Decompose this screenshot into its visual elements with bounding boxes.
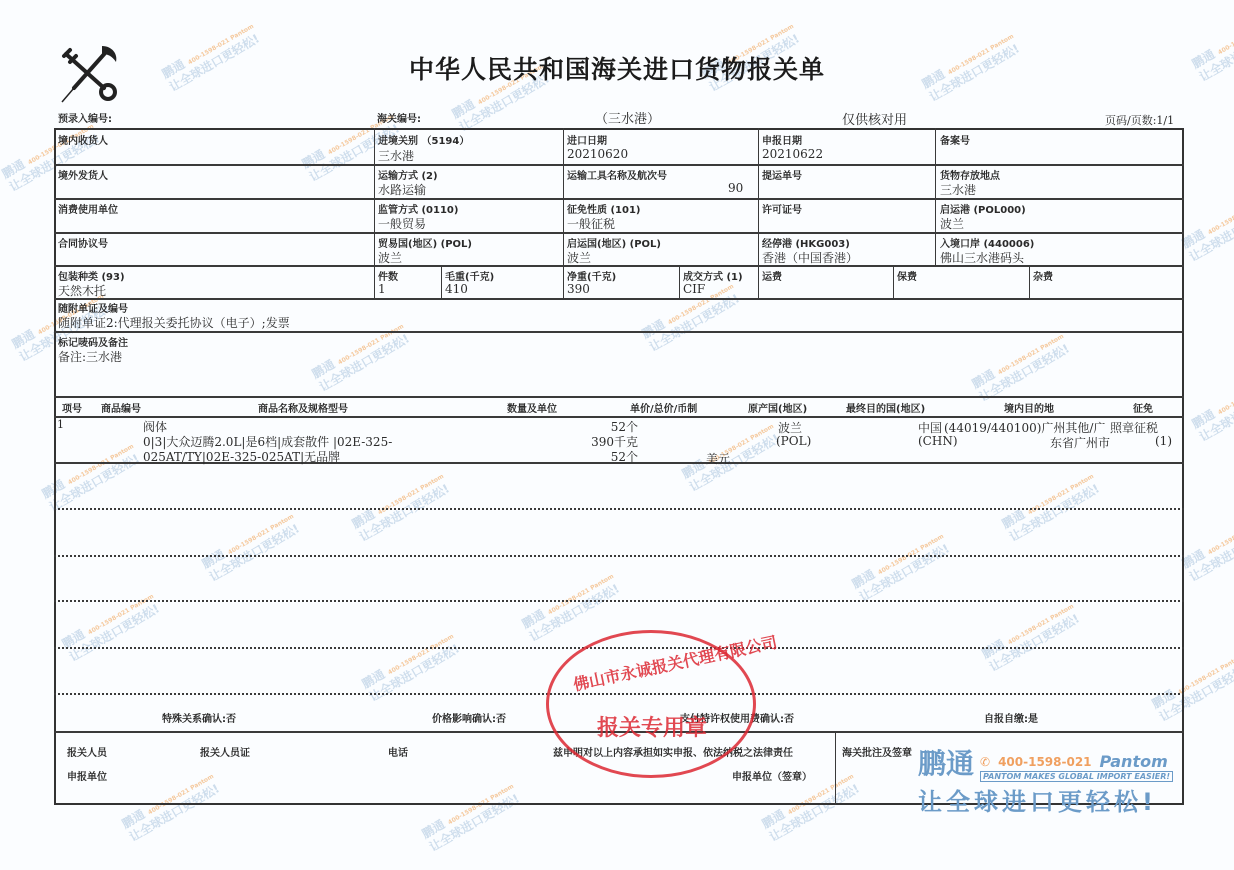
levy-nature-value: 一般征税	[567, 215, 615, 232]
brand-slogan: 让全球进口更轻松!	[918, 782, 1173, 817]
self-report-confirm: 自报自缴:是	[984, 710, 1038, 725]
col-header-qty-unit: 数量及单位	[507, 400, 557, 415]
license-no-label: 许可证号	[762, 201, 802, 216]
deal-mode-label: 成交方式 (1)	[683, 268, 743, 283]
entry-port-label: 入境口岸 (440006)	[940, 235, 1034, 250]
item-origin-code: (POL)	[776, 434, 811, 448]
storage-place-label: 货物存放地点	[940, 167, 1000, 182]
item-domestic-dest-2: 东省广州市	[1050, 434, 1110, 451]
vessel-value: 90	[728, 181, 743, 195]
origin-country-value: 波兰	[567, 249, 591, 266]
page-info: 页码/页数:1/1	[1105, 112, 1174, 128]
company-seal-stamp: 佛山市永诚报关代理有限公司 报关专用章	[546, 630, 756, 778]
item-levy-mode: 照章征税	[1110, 419, 1158, 436]
brand-tagline: PANTOM MAKES GLOBAL IMPORT EASIER!	[980, 771, 1173, 782]
brand-en: Pantom	[1100, 752, 1168, 771]
bill-no-label: 提运单号	[762, 167, 802, 182]
marks-label: 标记唛码及备注	[58, 334, 128, 349]
package-type-value: 天然木托	[58, 282, 106, 299]
item-qty-3: 52个	[550, 448, 638, 465]
document-title: 中华人民共和国海关进口货物报关单	[0, 50, 1234, 86]
price-impact-confirm: 价格影响确认:否	[432, 710, 506, 725]
special-relation-confirm: 特殊关系确认:否	[162, 710, 236, 725]
col-header-goods-name: 商品名称及规格型号	[258, 400, 348, 415]
col-header-price: 单价/总价/币制	[630, 400, 697, 415]
origin-country-label: 启运国(地区) (POL)	[567, 235, 661, 250]
net-weight-value: 390	[567, 282, 590, 296]
watermark-text: 鹏通 400-1598-021 Pantom让全球进口更轻松!	[1180, 189, 1234, 265]
departure-port-value: 波兰	[940, 215, 964, 232]
deal-mode-value: CIF	[683, 282, 705, 296]
record-no-label: 备案号	[940, 132, 970, 147]
storage-place-value: 三水港	[940, 181, 976, 198]
net-weight-label: 净重(千克)	[567, 268, 616, 283]
transport-mode-label: 运输方式 (2)	[378, 167, 438, 182]
marks-value: 备注:三水港	[58, 348, 122, 365]
declare-date-label: 申报日期	[762, 132, 802, 147]
supervision-mode-value: 一般贸易	[378, 215, 426, 232]
pre-entry-no-label: 预录入编号:	[58, 110, 112, 125]
declarant-label: 报关人员	[67, 744, 107, 759]
import-date-label: 进口日期	[567, 132, 607, 147]
pieces-value: 1	[378, 282, 386, 296]
item-dest-country-code: (CHN)	[918, 434, 958, 448]
col-header-levy: 征免	[1133, 400, 1153, 415]
attached-docs-label: 随附单证及编号	[58, 300, 128, 315]
entry-customs-value: 三水港	[378, 147, 414, 164]
entry-port-value: 佛山三水港码头	[940, 249, 1024, 266]
item-no: 1	[57, 418, 64, 431]
declare-unit-label: 申报单位	[67, 768, 107, 783]
freight-label: 运费	[762, 268, 782, 283]
unit-seal-label: 申报单位（签章）	[732, 768, 812, 783]
vessel-label: 运输工具名称及航次号	[567, 167, 667, 182]
declare-date-value: 20210622	[762, 147, 823, 161]
trade-country-value: 波兰	[378, 249, 402, 266]
col-header-origin: 原产国(地区)	[748, 400, 807, 415]
customs-note-label: 海关批注及签章	[842, 744, 912, 759]
levy-nature-label: 征免性质 (101)	[567, 201, 641, 216]
departure-port-label: 启运港 (POL000)	[940, 201, 1026, 216]
import-date-value: 20210620	[567, 147, 628, 161]
gross-weight-label: 毛重(千克)	[445, 268, 494, 283]
customs-office: （三水港）	[595, 108, 660, 127]
stamp-center-text: 报关专用章	[597, 711, 707, 742]
brand-phone: 400-1598-021	[998, 755, 1091, 769]
brand-cn: 鹏通	[918, 742, 974, 782]
misc-fee-label: 杂费	[1033, 268, 1053, 283]
pantom-brand-watermark: 鹏通 ✆ 400-1598-021 Pantom PANTOM MAKES GL…	[918, 742, 1173, 817]
declarant-cert-label: 报关人员证	[200, 744, 250, 759]
consignee-label: 境内收货人	[58, 132, 108, 147]
gross-weight-value: 410	[445, 282, 468, 296]
customs-no-label: 海关编号:	[377, 110, 421, 125]
item-currency: 美元	[706, 450, 730, 467]
contract-no-label: 合同协议号	[58, 235, 108, 250]
entry-customs-label: 进境关别 （5194）	[378, 132, 469, 147]
transit-port-label: 经停港 (HKG003)	[762, 235, 850, 250]
watermark-text: 鹏通 400-1598-021 Pantom让全球进口更轻松!	[1190, 369, 1234, 445]
insurance-label: 保费	[897, 268, 917, 283]
col-header-dest-country: 最终目的国(地区)	[846, 400, 925, 415]
transport-mode-value: 水路运输	[378, 181, 426, 198]
usage-note: 仅供核对用	[842, 109, 907, 128]
col-header-domestic-dest: 境内目的地	[1004, 400, 1054, 415]
phone-icon: ✆	[980, 755, 990, 769]
col-header-goods-code: 商品编号	[101, 400, 141, 415]
pieces-label: 件数	[378, 268, 398, 283]
col-header-item-no: 项号	[62, 400, 82, 415]
item-name-line-3: 025AT/TY|02E-325-025AT|无品牌	[143, 448, 340, 465]
item-levy-code: (1)	[1155, 434, 1172, 448]
package-type-label: 包装种类 (93)	[58, 268, 125, 283]
consignor-label: 境外发货人	[58, 167, 108, 182]
watermark-text: 鹏通 400-1598-021 Pantom让全球进口更轻松!	[1180, 509, 1234, 585]
consumer-unit-label: 消费使用单位	[58, 201, 118, 216]
attached-docs-value: 随附单证2:代理报关委托协议（电子）;发票	[58, 314, 290, 331]
trade-country-label: 贸易国(地区) (POL)	[378, 235, 472, 250]
phone-label: 电话	[388, 744, 408, 759]
transit-port-value: 香港（中国香港）	[762, 249, 858, 266]
supervision-mode-label: 监管方式 (0110)	[378, 201, 458, 216]
